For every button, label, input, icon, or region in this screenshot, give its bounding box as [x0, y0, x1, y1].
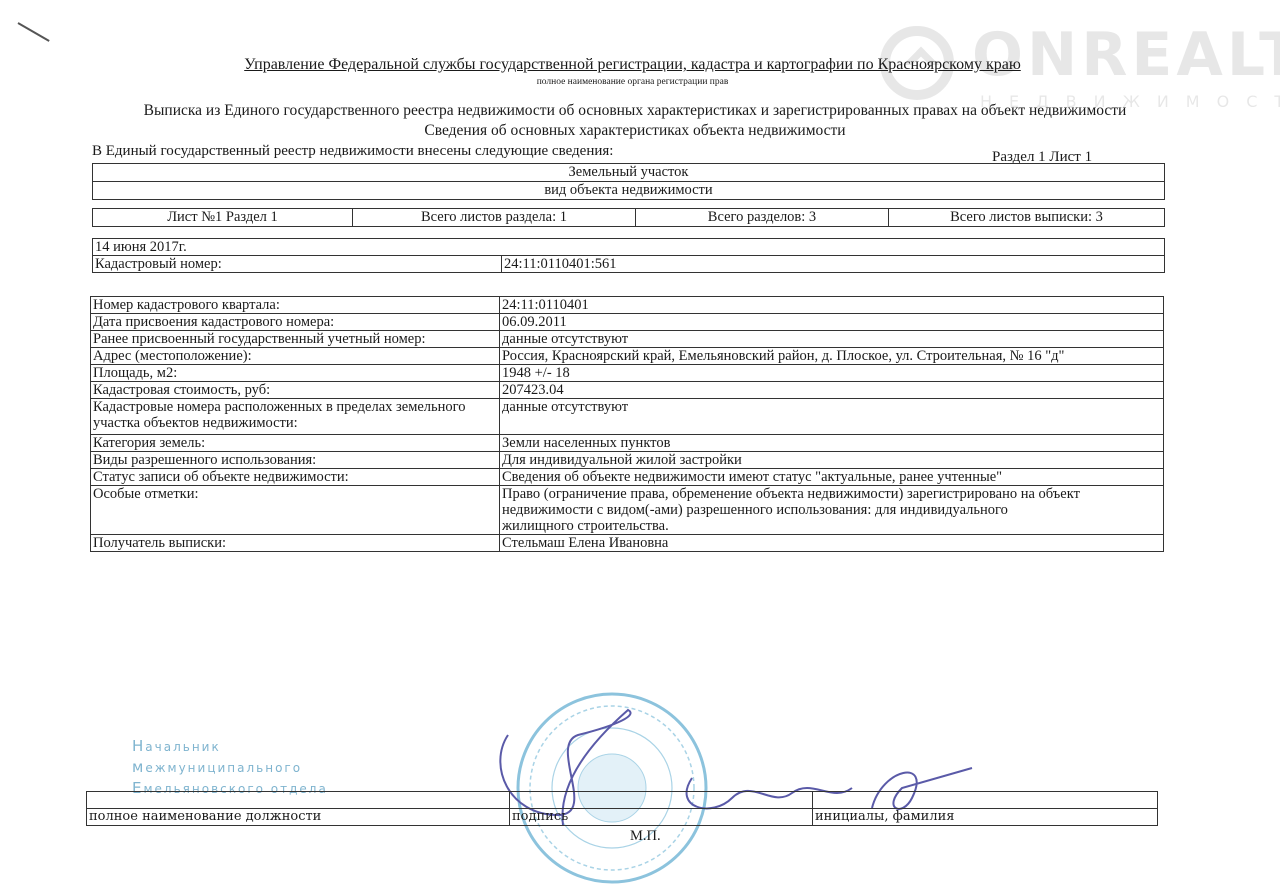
- row-value: Стельмаш Елена Ивановна: [500, 535, 1164, 552]
- sheet-number: Лист №1 Раздел 1: [93, 209, 353, 227]
- row-value: Для индивидуальной жилой застройки: [500, 452, 1164, 469]
- name-caption: инициалы, фамилия: [813, 809, 1158, 826]
- signature-caption: подпись: [510, 809, 813, 826]
- row-label: Кадастровая стоимость, руб:: [91, 382, 500, 399]
- row-label: Адрес (местоположение):: [91, 348, 500, 365]
- signature-table: полное наименование должности подпись ин…: [86, 791, 1158, 826]
- table-row: Кадастровая стоимость, руб:207423.04: [91, 382, 1164, 399]
- extract-sheets-total: Всего листов выписки: 3: [889, 209, 1165, 227]
- date-cadastral-block: 14 июня 2017г. Кадастровый номер: 24:11:…: [92, 238, 1165, 273]
- row-value: данные отсутствуют: [500, 399, 1164, 435]
- row-value: 06.09.2011: [500, 314, 1164, 331]
- table-row: Номер кадастрового квартала:24:11:011040…: [91, 297, 1164, 314]
- row-label: Получатель выписки:: [91, 535, 500, 552]
- row-value: Право (ограничение права, обременение об…: [500, 486, 1164, 535]
- row-value: 1948 +/- 18: [500, 365, 1164, 382]
- row-label: Площадь, м2:: [91, 365, 500, 382]
- row-label: Особые отметки:: [91, 486, 500, 535]
- cadastral-number-value: 24:11:0110401:561: [502, 256, 1165, 273]
- agency-name: Управление Федеральной службы государств…: [0, 56, 1265, 74]
- row-label: Ранее присвоенный государственный учетны…: [91, 331, 500, 348]
- document-subtitle: Сведения об основных характеристиках объ…: [90, 122, 1180, 140]
- agency-caption: полное наименование органа регистрации п…: [0, 77, 1265, 87]
- table-row: Виды разрешенного использования:Для инди…: [91, 452, 1164, 469]
- table-row: Особые отметки:Право (ограничение права,…: [91, 486, 1164, 535]
- table-row: Адрес (местоположение):Россия, Красноярс…: [91, 348, 1164, 365]
- row-label: Кадастровые номера расположенных в преде…: [91, 399, 500, 435]
- row-value: Сведения об объекте недвижимости имеют с…: [500, 469, 1164, 486]
- object-type: Земельный участок: [93, 164, 1165, 182]
- table-row: Ранее присвоенный государственный учетны…: [91, 331, 1164, 348]
- row-label: Виды разрешенного использования:: [91, 452, 500, 469]
- row-label: Статус записи об объекте недвижимости:: [91, 469, 500, 486]
- table-row: Получатель выписки:Стельмаш Елена Иванов…: [91, 535, 1164, 552]
- table-row: Категория земель:Земли населенных пункто…: [91, 435, 1164, 452]
- section-sheets-total: Всего листов раздела: 1: [353, 209, 636, 227]
- cadastral-number-label: Кадастровый номер:: [93, 256, 502, 273]
- sections-total: Всего разделов: 3: [636, 209, 889, 227]
- row-value: 207423.04: [500, 382, 1164, 399]
- table-row: Кадастровые номера расположенных в преде…: [91, 399, 1164, 435]
- row-label: Номер кадастрового квартала:: [91, 297, 500, 314]
- characteristics-table: Номер кадастрового квартала:24:11:011040…: [90, 296, 1164, 552]
- row-value: 24:11:0110401: [500, 297, 1164, 314]
- row-label: Дата присвоения кадастрового номера:: [91, 314, 500, 331]
- position-caption: полное наименование должности: [87, 809, 510, 826]
- row-value: Россия, Красноярский край, Емельяновский…: [500, 348, 1164, 365]
- object-type-caption: вид объекта недвижимости: [93, 182, 1165, 200]
- seal-caption: М.П.: [630, 828, 661, 845]
- document-title: Выписка из Единого государственного реес…: [90, 102, 1180, 120]
- table-row: Площадь, м2:1948 +/- 18: [91, 365, 1164, 382]
- table-row: Дата присвоения кадастрового номера:06.0…: [91, 314, 1164, 331]
- row-label: Категория земель:: [91, 435, 500, 452]
- extract-date: 14 июня 2017г.: [93, 239, 1165, 256]
- position-stamp: Начальник межмуниципального Емельяновско…: [132, 736, 328, 799]
- row-value: данные отсутствуют: [500, 331, 1164, 348]
- pen-mark: [18, 22, 50, 42]
- sheet-counts: Лист №1 Раздел 1 Всего листов раздела: 1…: [92, 208, 1165, 227]
- object-type-block: Земельный участок вид объекта недвижимос…: [92, 163, 1165, 200]
- official-seal-icon: [512, 690, 712, 886]
- table-row: Статус записи об объекте недвижимости:Св…: [91, 469, 1164, 486]
- intro-text: В Единый государственный реестр недвижим…: [92, 143, 613, 160]
- row-value: Земли населенных пунктов: [500, 435, 1164, 452]
